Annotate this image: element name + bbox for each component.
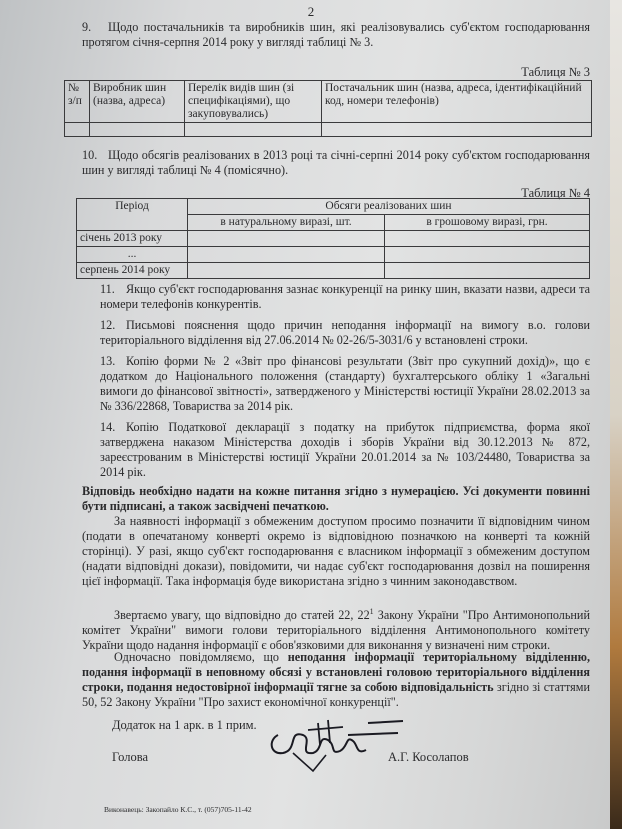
item-14: 14.Копію Податкової декларації з податку… [100, 420, 590, 480]
item-number: 12. [100, 318, 126, 333]
header-cell: Перелік видів шин (зі специфікаціями), щ… [185, 81, 322, 123]
header-money: в грошовому виразі, грн. [385, 215, 590, 231]
table-3-caption: Таблиця № 3 [440, 65, 590, 80]
item-text: Якщо суб'єкт господарювання зазнає конку… [100, 282, 590, 311]
item-number: 13. [100, 354, 126, 369]
item-11: 11.Якщо суб'єкт господарювання зазнає ко… [100, 282, 590, 312]
natural-cell [188, 247, 385, 263]
attachment-note: Додаток на 1 арк. в 1 прим. [112, 718, 257, 733]
table-4: Період Обсяги реалізованих шин в натурал… [76, 198, 590, 279]
item-text: Щодо постачальників та виробників шин, я… [82, 20, 590, 49]
item-13: 13.Копію форми № 2 «Звіт про фінансові р… [100, 354, 590, 414]
signatory-title: Голова [112, 750, 148, 765]
header-period: Період [77, 199, 188, 231]
table-cell [185, 123, 322, 137]
table-row [65, 123, 592, 137]
period-cell: ... [77, 247, 188, 263]
item-text: Копію форми № 2 «Звіт про фінансові резу… [100, 354, 590, 413]
table-row: січень 2013 року [77, 231, 590, 247]
item-12: 12.Письмові пояснення щодо причин непода… [100, 318, 590, 348]
page-edge-shadow [610, 0, 622, 829]
money-cell [385, 263, 590, 279]
period-cell: серпень 2014 року [77, 263, 188, 279]
header-group: Обсяги реалізованих шин [188, 199, 590, 215]
item-text: Копію Податкової декларації з податку на… [100, 420, 590, 479]
paragraph-warning: Одночасно повідомляємо, що неподання інф… [82, 650, 590, 710]
item-number: 11. [100, 282, 126, 297]
table-header-row: № з/п Виробник шин (назва, адреса) Перел… [65, 81, 592, 123]
natural-cell [188, 231, 385, 247]
item-text: Щодо обсягів реалізованих в 2013 році та… [82, 148, 590, 177]
item-number: 14. [100, 420, 126, 435]
signature-icon [258, 705, 408, 775]
money-cell [385, 231, 590, 247]
header-natural: в натуральному виразі, шт. [188, 215, 385, 231]
table-row: серпень 2014 року [77, 263, 590, 279]
executor-note: Виконавець: Закопайло К.С., т. (057)705-… [104, 802, 252, 817]
item-10: 10.Щодо обсягів реалізованих в 2013 році… [82, 148, 590, 178]
paragraph-restricted-info: За наявності інформації з обмеженим дост… [82, 514, 590, 589]
header-cell: Постачальник шин (назва, адреса, ідентиф… [322, 81, 592, 123]
period-cell: січень 2013 року [77, 231, 188, 247]
item-text: Письмові пояснення щодо причин неподання… [100, 318, 590, 347]
table-header-row: Період Обсяги реалізованих шин [77, 199, 590, 215]
document-page: 2 9.Щодо постачальників та виробників ши… [0, 0, 610, 829]
table-row: ... [77, 247, 590, 263]
table-3: № з/п Виробник шин (назва, адреса) Перел… [64, 80, 592, 137]
money-cell [385, 247, 590, 263]
header-cell: Виробник шин (назва, адреса) [90, 81, 185, 123]
item-number: 10. [82, 148, 108, 163]
item-9: 9.Щодо постачальників та виробників шин,… [82, 20, 590, 50]
item-number: 9. [82, 20, 108, 35]
header-cell: № з/п [65, 81, 90, 123]
page-number: 2 [0, 4, 622, 19]
paragraph-attention: Звертаємо увагу, що відповідно до статей… [82, 604, 590, 653]
natural-cell [188, 263, 385, 279]
notice-bold: Відповідь необхідно надати на кожне пита… [82, 484, 590, 514]
table-cell [65, 123, 90, 137]
table-cell [322, 123, 592, 137]
table-cell [90, 123, 185, 137]
